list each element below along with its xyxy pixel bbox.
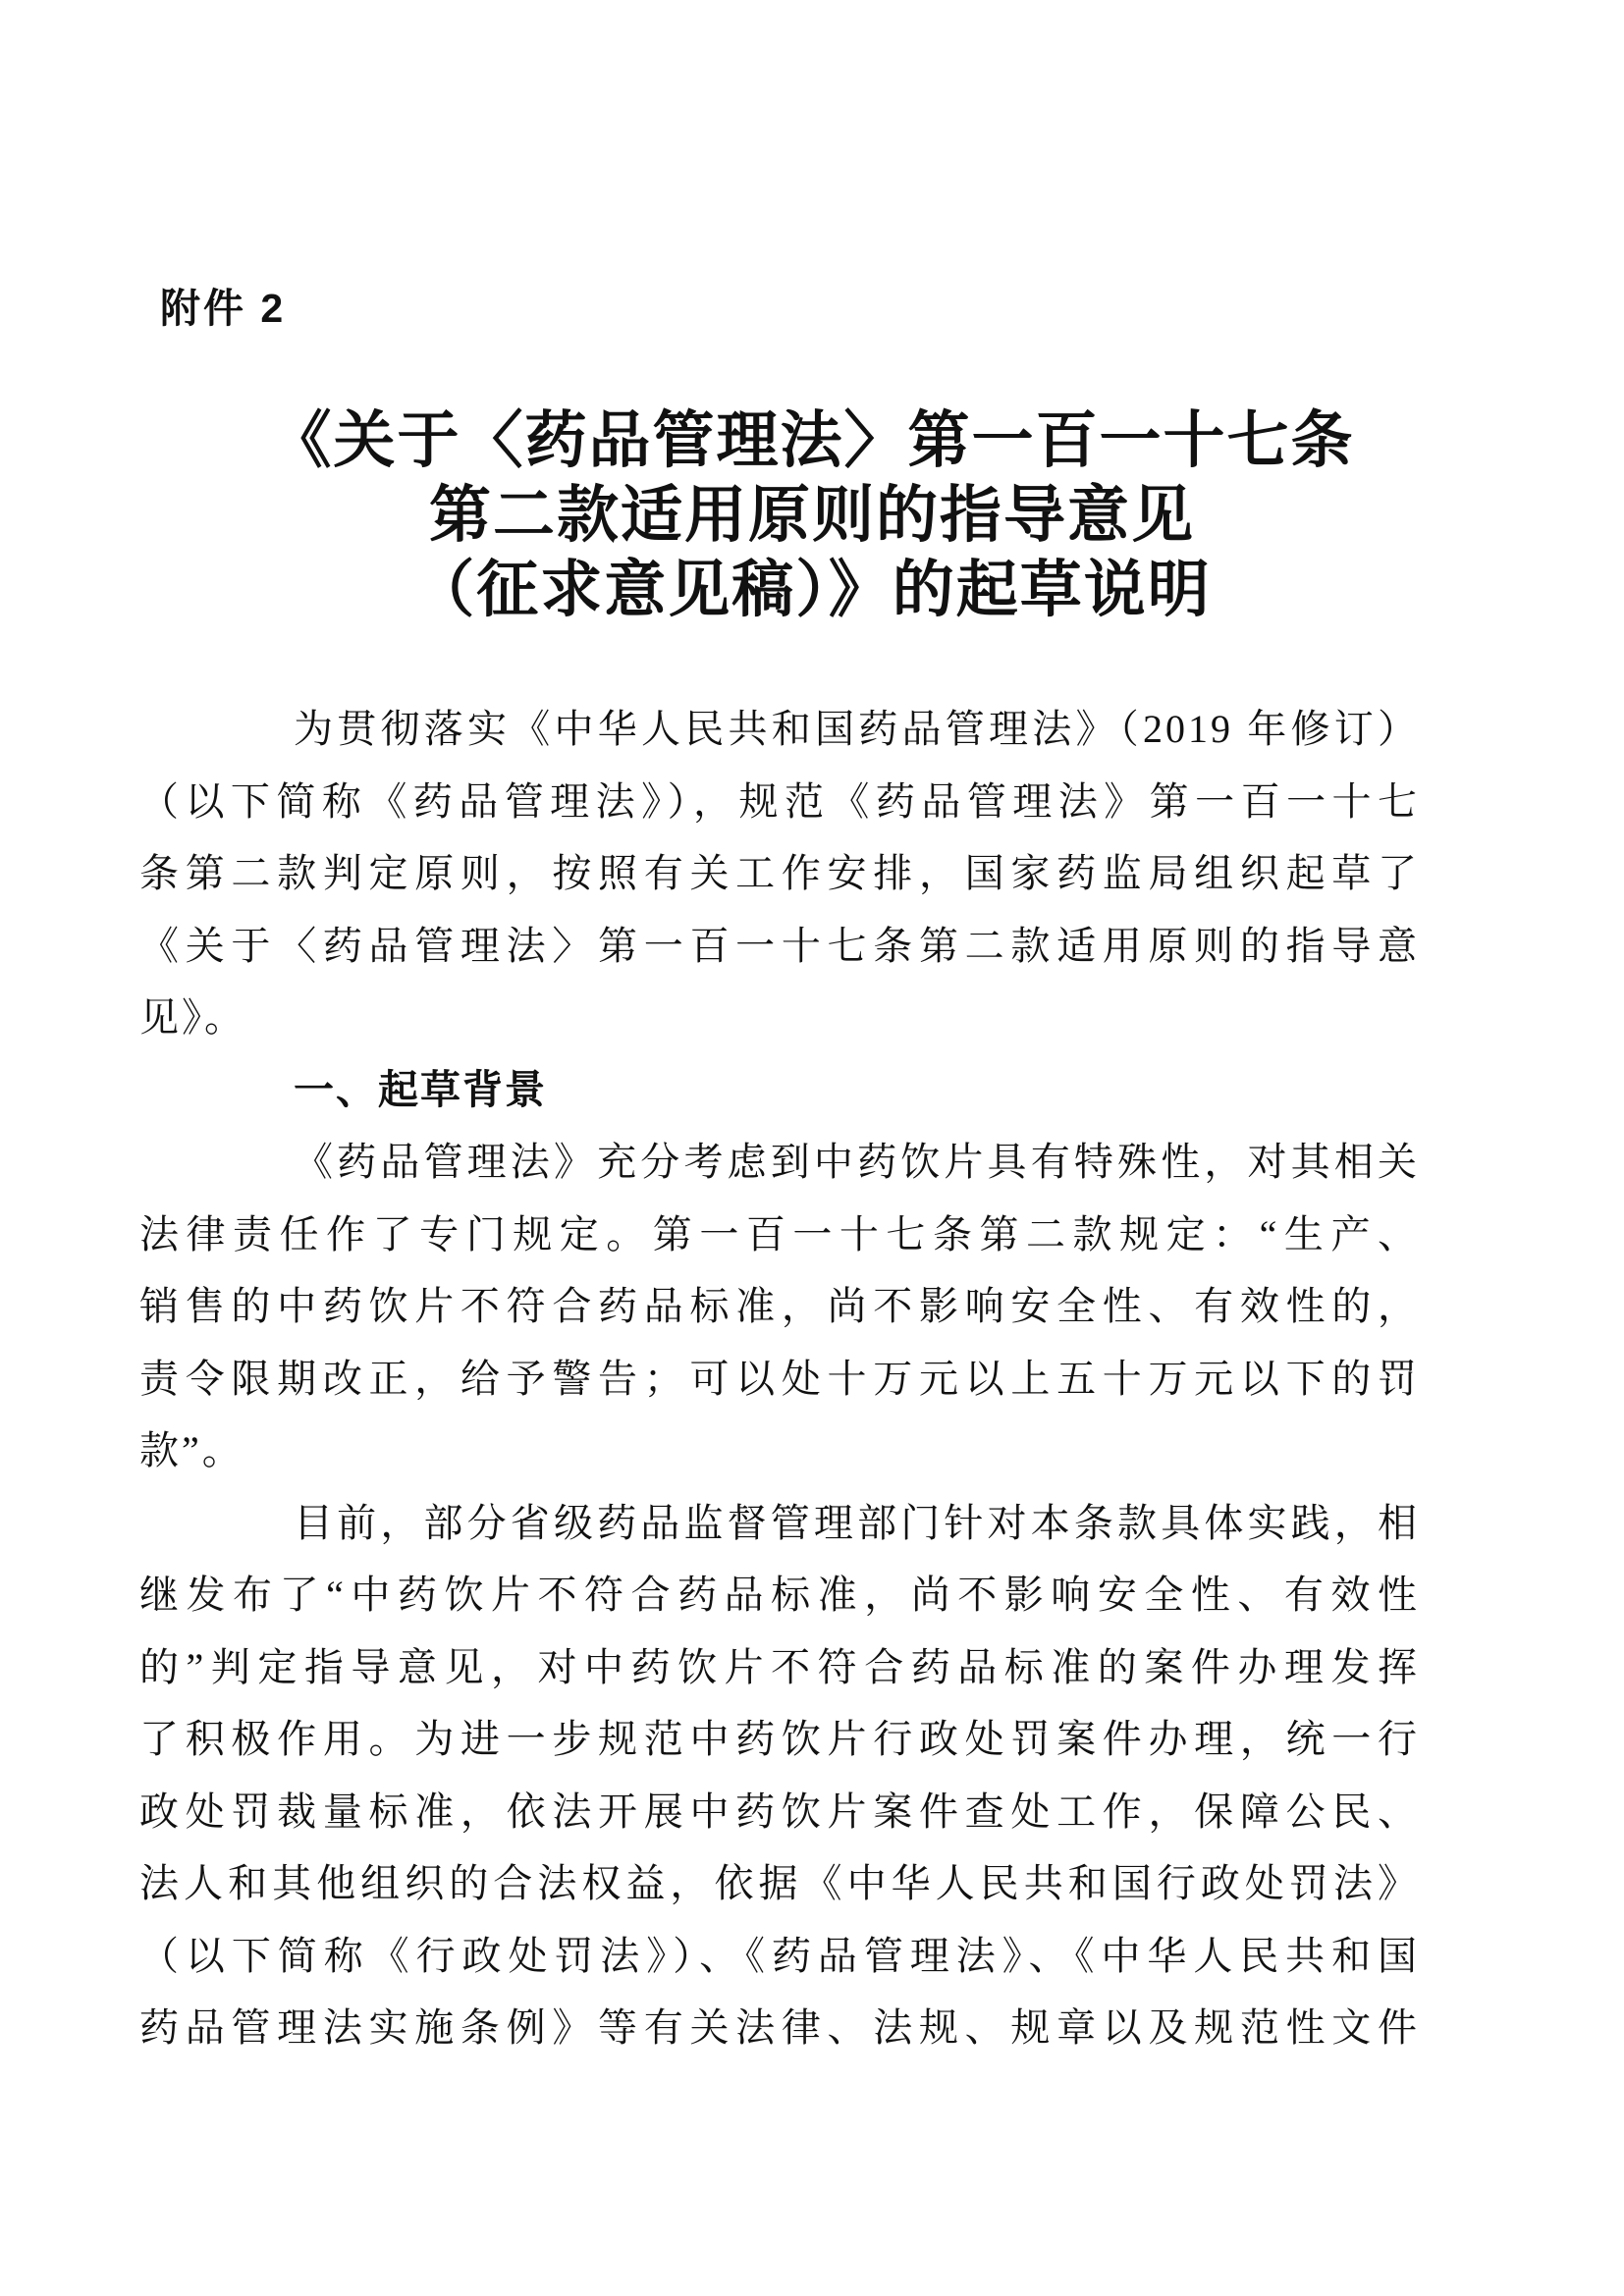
body-line: 继发布了“中药饮片不符合药品标准，尚不影响安全性、有效性 — [139, 1559, 1420, 1631]
document-body: 为贯彻落实《中华人民共和国药品管理法》（2019 年修订）（以下简称《药品管理法… — [139, 693, 1420, 2064]
body-line: 法人和其他组织的合法权益，依据《中华人民共和国行政处罚法》 — [139, 1847, 1420, 1920]
body-line: 销售的中药饮片不符合药品标准，尚不影响安全性、有效性的， — [139, 1270, 1420, 1343]
body-line: （以下简称《行政处罚法》）、《药品管理法》、《中华人民共和国 — [139, 1920, 1420, 1993]
body-line: 《药品管理法》充分考虑到中药饮片具有特殊性，对其相关 — [139, 1126, 1420, 1199]
document-title: 《关于〈药品管理法〉第一百一十七条 第二款适用原则的指导意见 （征求意见稿）》的… — [0, 403, 1624, 627]
body-line: 为贯彻落实《中华人民共和国药品管理法》（2019 年修订） — [139, 693, 1420, 766]
document-page: 附件 2 《关于〈药品管理法〉第一百一十七条 第二款适用原则的指导意见 （征求意… — [0, 0, 1624, 2296]
title-line-1: 《关于〈药品管理法〉第一百一十七条 — [0, 403, 1624, 478]
body-line: 责令限期改正，给予警告；可以处十万元以上五十万元以下的罚 — [139, 1343, 1420, 1415]
body-line: 了积极作用。为进一步规范中药饮片行政处罚案件办理，统一行 — [139, 1703, 1420, 1776]
body-line: 见》。 — [139, 982, 1420, 1054]
body-line: 法律责任作了专门规定。第一百一十七条第二款规定：“生产、 — [139, 1199, 1420, 1271]
section-heading: 一、起草背景 — [139, 1054, 1420, 1127]
body-line: 《关于〈药品管理法〉第一百一十七条第二款适用原则的指导意 — [139, 910, 1420, 983]
body-line: 药品管理法实施条例》等有关法律、法规、规章以及规范性文件 — [139, 1992, 1420, 2064]
body-line: （以下简称《药品管理法》），规范《药品管理法》第一百一十七 — [139, 766, 1420, 838]
title-line-2: 第二款适用原则的指导意见 — [0, 478, 1624, 553]
body-line: 款”。 — [139, 1415, 1420, 1487]
attachment-label: 附件 2 — [160, 276, 286, 334]
body-line: 政处罚裁量标准，依法开展中药饮片案件查处工作，保障公民、 — [139, 1776, 1420, 1848]
body-line: 的”判定指导意见，对中药饮片不符合药品标准的案件办理发挥 — [139, 1631, 1420, 1704]
body-line: 条第二款判定原则，按照有关工作安排，国家药监局组织起草了 — [139, 837, 1420, 910]
title-line-3: （征求意见稿）》的起草说明 — [0, 553, 1624, 627]
body-line: 目前，部分省级药品监督管理部门针对本条款具体实践，相 — [139, 1487, 1420, 1560]
